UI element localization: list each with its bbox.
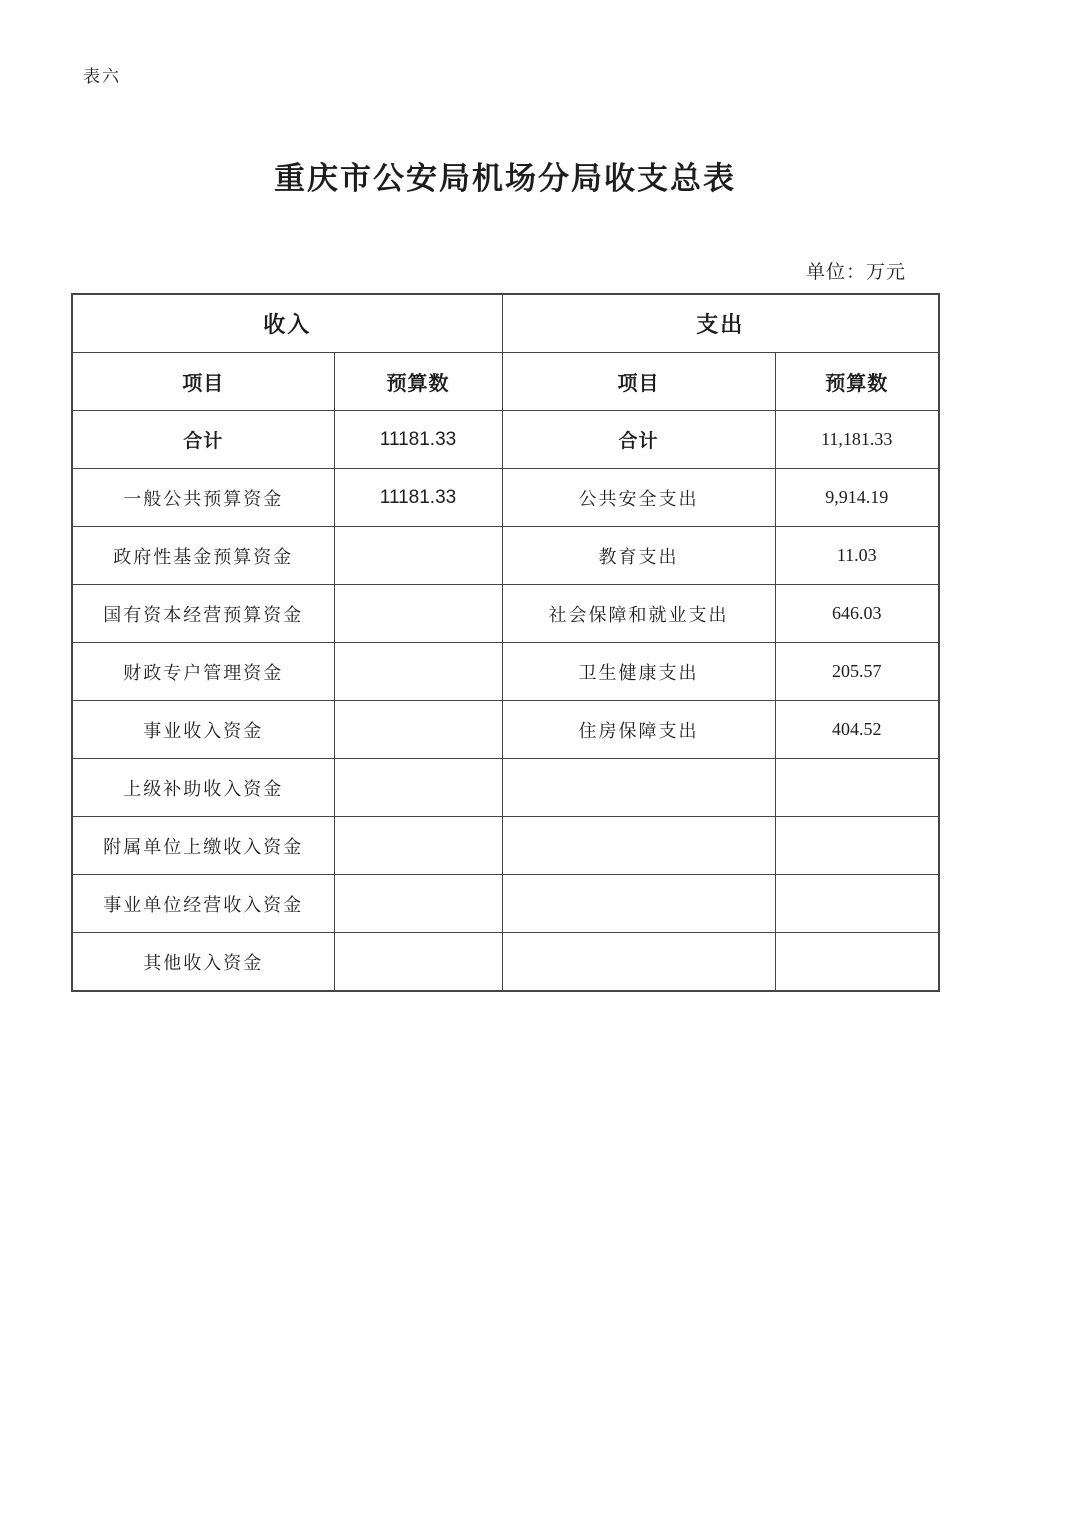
income-item-column-header: 项目 bbox=[72, 353, 334, 411]
income-value-cell bbox=[334, 585, 502, 643]
expense-value-cell: 11.03 bbox=[775, 527, 939, 585]
expense-item-cell bbox=[502, 817, 775, 875]
income-value-cell bbox=[334, 527, 502, 585]
income-item-cell: 附属单位上缴收入资金 bbox=[72, 817, 334, 875]
expense-value-cell: 11,181.33 bbox=[775, 411, 939, 469]
income-item-cell: 上级补助收入资金 bbox=[72, 759, 334, 817]
expense-value-cell bbox=[775, 875, 939, 933]
budget-table: 收入 支出 项目 预算数 项目 预算数 合计 11181.33 合计 11,18… bbox=[71, 293, 940, 992]
table-row: 事业单位经营收入资金 bbox=[72, 875, 939, 933]
expense-item-cell: 合计 bbox=[502, 411, 775, 469]
income-item-cell: 事业单位经营收入资金 bbox=[72, 875, 334, 933]
expense-value-cell: 205.57 bbox=[775, 643, 939, 701]
expense-value-cell: 9,914.19 bbox=[775, 469, 939, 527]
income-value-cell: 11181.33 bbox=[334, 469, 502, 527]
income-value-cell bbox=[334, 759, 502, 817]
expense-item-column-header: 项目 bbox=[502, 353, 775, 411]
income-value-cell: 11181.33 bbox=[334, 411, 502, 469]
income-section-header: 收入 bbox=[72, 294, 502, 353]
table-row: 上级补助收入资金 bbox=[72, 759, 939, 817]
table-row: 事业收入资金 住房保障支出 404.52 bbox=[72, 701, 939, 759]
expense-value-cell: 646.03 bbox=[775, 585, 939, 643]
income-item-cell: 一般公共预算资金 bbox=[72, 469, 334, 527]
table-number-label: 表六 bbox=[83, 62, 121, 87]
expense-value-cell bbox=[775, 933, 939, 992]
income-value-cell bbox=[334, 817, 502, 875]
income-budget-column-header: 预算数 bbox=[334, 353, 502, 411]
page-title: 重庆市公安局机场分局收支总表 bbox=[72, 153, 938, 198]
document-page: 表六 重庆市公安局机场分局收支总表 单位：万元 收入 支出 项目 预算数 项目 … bbox=[0, 0, 1075, 1519]
income-item-cell: 合计 bbox=[72, 411, 334, 469]
table-row: 其他收入资金 bbox=[72, 933, 939, 992]
expense-value-cell bbox=[775, 817, 939, 875]
expense-item-cell: 社会保障和就业支出 bbox=[502, 585, 775, 643]
income-value-cell bbox=[334, 701, 502, 759]
expense-item-cell: 教育支出 bbox=[502, 527, 775, 585]
expense-item-cell: 卫生健康支出 bbox=[502, 643, 775, 701]
expense-item-cell: 公共安全支出 bbox=[502, 469, 775, 527]
table-row: 一般公共预算资金 11181.33 公共安全支出 9,914.19 bbox=[72, 469, 939, 527]
income-value-cell bbox=[334, 875, 502, 933]
income-value-cell bbox=[334, 933, 502, 992]
income-value-cell bbox=[334, 643, 502, 701]
expense-budget-column-header: 预算数 bbox=[775, 353, 939, 411]
table-row: 财政专户管理资金 卫生健康支出 205.57 bbox=[72, 643, 939, 701]
expense-value-cell bbox=[775, 759, 939, 817]
unit-note: 单位：万元 bbox=[72, 257, 906, 284]
expense-item-cell bbox=[502, 759, 775, 817]
column-header-row: 项目 预算数 项目 预算数 bbox=[72, 353, 939, 411]
table-row: 国有资本经营预算资金 社会保障和就业支出 646.03 bbox=[72, 585, 939, 643]
expense-section-header: 支出 bbox=[502, 294, 939, 353]
expense-item-cell bbox=[502, 875, 775, 933]
income-item-cell: 财政专户管理资金 bbox=[72, 643, 334, 701]
income-item-cell: 其他收入资金 bbox=[72, 933, 334, 992]
expense-item-cell bbox=[502, 933, 775, 992]
table-row: 政府性基金预算资金 教育支出 11.03 bbox=[72, 527, 939, 585]
section-header-row: 收入 支出 bbox=[72, 294, 939, 353]
income-item-cell: 政府性基金预算资金 bbox=[72, 527, 334, 585]
income-item-cell: 事业收入资金 bbox=[72, 701, 334, 759]
income-item-cell: 国有资本经营预算资金 bbox=[72, 585, 334, 643]
expense-value-cell: 404.52 bbox=[775, 701, 939, 759]
table-row-total: 合计 11181.33 合计 11,181.33 bbox=[72, 411, 939, 469]
table-row: 附属单位上缴收入资金 bbox=[72, 817, 939, 875]
expense-item-cell: 住房保障支出 bbox=[502, 701, 775, 759]
